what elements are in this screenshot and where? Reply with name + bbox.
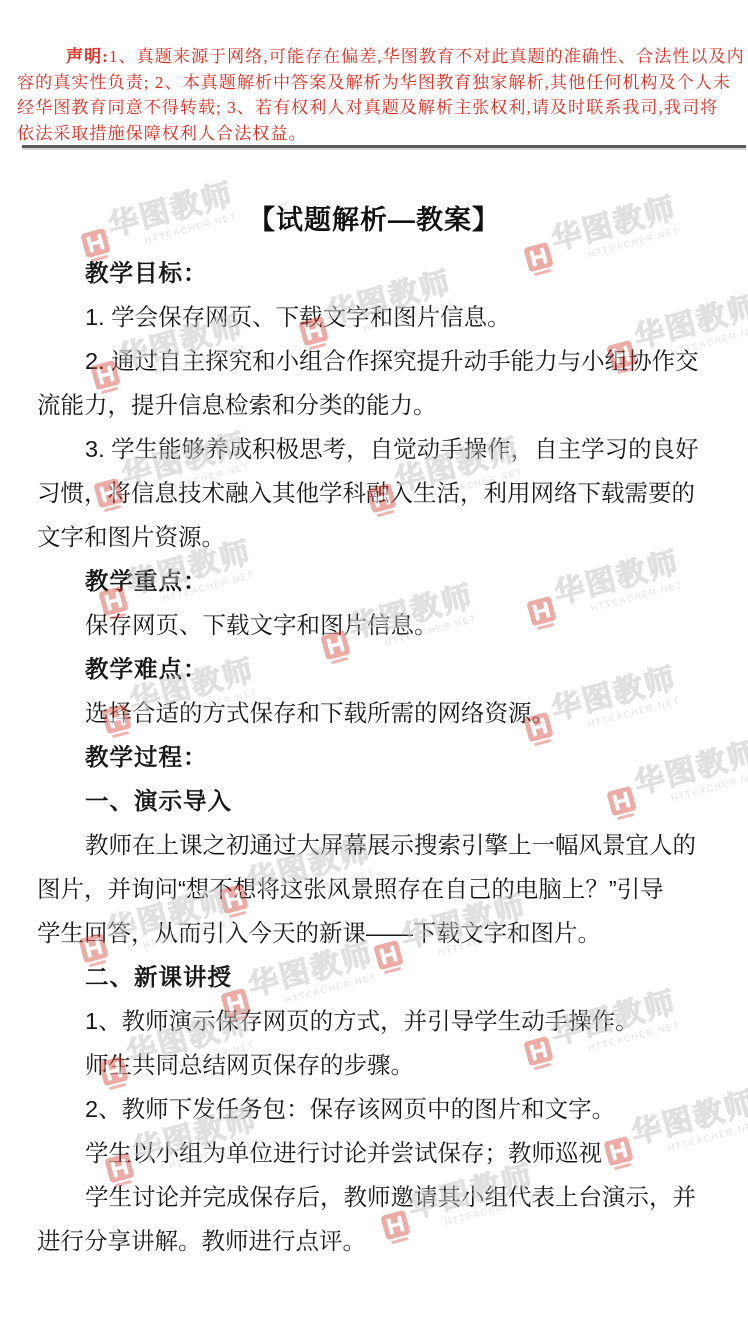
section-heading: 一、演示导入 — [37, 779, 713, 823]
disclaimer: 声明:1、真题来源于网络,可能存在偏差,华图教育不对此真题的准确性、合法性以及内… — [17, 44, 736, 146]
divider — [22, 145, 746, 148]
body-line: 2、教师下发任务包：保存该网页中的图片和文字。 — [37, 1087, 713, 1131]
section-heading: 教学过程： — [37, 735, 713, 779]
body-line: 保存网页、下载文字和图片信息。 — [37, 603, 713, 647]
document-page: 声明:1、真题来源于网络,可能存在偏差,华图教育不对此真题的准确性、合法性以及内… — [0, 0, 748, 1335]
lesson-plan-body: 教学目标：1. 学会保存网页、下载文字和图片信息。2. 通过自主探究和小组合作探… — [37, 251, 713, 1263]
disclaimer-line: 声明:1、真题来源于网络,可能存在偏差,华图教育不对此真题的准确性、合法性以及内 — [17, 44, 736, 70]
body-line: 师生共同总结网页保存的步骤。 — [37, 1043, 713, 1087]
section-heading: 教学难点： — [37, 647, 713, 691]
body-line: 学生以小组为单位进行讨论并尝试保存；教师巡视 — [37, 1131, 713, 1175]
body-line: 图片，并询问“想不想将这张风景照存在自己的电脑上？”引导 — [37, 867, 713, 911]
document-title: 【试题解析—教案】 — [0, 203, 748, 237]
body-line: 学生讨论并完成保存后，教师邀请其小组代表上台演示，并 — [37, 1175, 713, 1219]
body-line: 1. 学会保存网页、下载文字和图片信息。 — [37, 295, 713, 339]
body-line: 3. 学生能够养成积极思考，自觉动手操作，自主学习的良好 — [37, 427, 713, 471]
body-line: 习惯，将信息技术融入其他学科融入生活，利用网络下载需要的 — [37, 471, 713, 515]
disclaimer-line: 容的真实性负责; 2、本真题解析中答案及解析为华图教育独家解析,其他任何机构及个… — [17, 70, 736, 96]
section-heading: 二、新课讲授 — [37, 955, 713, 999]
body-line: 文字和图片资源。 — [37, 515, 713, 559]
section-heading: 教学目标： — [37, 251, 713, 295]
body-line: 进行分享讲解。教师进行点评。 — [37, 1219, 713, 1263]
body-line: 学生回答，从而引入今天的新课——下载文字和图片。 — [37, 911, 713, 955]
body-line: 2. 通过自主探究和小组合作探究提升动手能力与小组协作交 — [37, 339, 713, 383]
body-line: 流能力，提升信息检索和分类的能力。 — [37, 383, 713, 427]
body-line: 选择合适的方式保存和下载所需的网络资源。 — [37, 691, 713, 735]
disclaimer-line: 经华图教育同意不得转载; 3、若有权利人对真题及解析主张权利,请及时联系我司,我… — [17, 95, 736, 121]
body-line: 1、教师演示保存网页的方式，并引导学生动手操作。 — [37, 999, 713, 1043]
disclaimer-line: 依法采取措施保障权利人合法权益。 — [17, 121, 736, 147]
disclaimer-label: 声明: — [66, 47, 109, 66]
body-line: 教师在上课之初通过大屏幕展示搜索引擎上一幅风景宜人的 — [37, 823, 713, 867]
section-heading: 教学重点： — [37, 559, 713, 603]
